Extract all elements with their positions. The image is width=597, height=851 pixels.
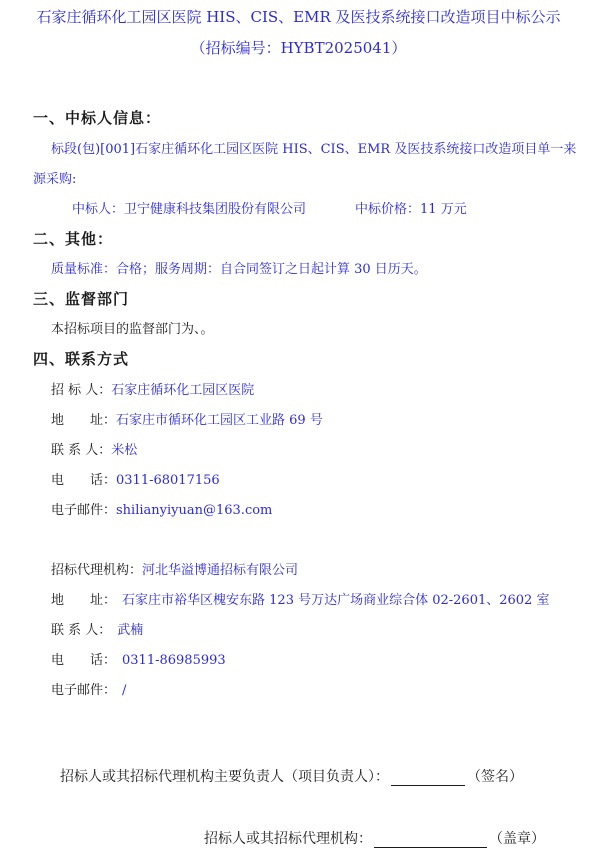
tenderer-contact: 联 系 人：米松: [51, 439, 137, 458]
section4-heading: 四、联系方式: [33, 348, 129, 369]
agency-address: 地 址：石家庄市裕华区槐安东路 123 号万达广场商业综合体 02-2601、2…: [51, 589, 549, 608]
value: 石家庄循环化工园区医院: [111, 383, 254, 398]
section2-heading: 二、其他：: [33, 228, 113, 249]
signature-line[interactable]: [391, 769, 465, 786]
seal-row: 招标人或其招标代理机构：（盖章）: [204, 828, 545, 848]
value: /: [122, 683, 126, 698]
section1-heading: 一、中标人信息：: [33, 107, 161, 128]
winner-value: 卫宁健康科技集团股份有限公司: [124, 202, 306, 217]
tenderer-phone: 电 话：0311-68017156: [51, 469, 220, 488]
tenderer-email: 电子邮件：shilianyiyuan@163.com: [51, 499, 272, 518]
seal-label: 招标人或其招标代理机构：: [204, 831, 372, 847]
lot-line2: 源采购:: [33, 168, 76, 187]
price-label: 中标价格：: [355, 202, 420, 217]
value: 石家庄市循环化工园区工业路 69 号: [116, 413, 323, 428]
label: 电 话：: [51, 473, 116, 488]
bid-number: （招标编号：HYBT2025041）: [0, 37, 597, 58]
agency-name: 招标代理机构：河北华溢博通招标有限公司: [51, 559, 298, 578]
agency-email: 电子邮件：/: [51, 679, 126, 698]
winner-label: 中标人：: [72, 202, 124, 217]
agency-contact: 联 系 人：武楠: [51, 619, 143, 638]
winner-row: 中标人：卫宁健康科技集团股份有限公司: [72, 198, 306, 217]
seal-line[interactable]: [374, 831, 487, 848]
label: 联 系 人：: [51, 443, 111, 458]
label: 联 系 人：: [51, 623, 111, 638]
tenderer-address: 地 址：石家庄市循环化工园区工业路 69 号: [51, 409, 323, 428]
title: 石家庄循环化工园区医院 HIS、CIS、EMR 及医技系统接口改造项目中标公示: [0, 6, 597, 27]
email-link[interactable]: shilianyiyuan@163.com: [116, 503, 272, 518]
tenderer-name: 招 标 人：石家庄循环化工园区医院: [51, 379, 254, 398]
value: 米松: [111, 443, 137, 458]
label: 电子邮件：: [51, 683, 116, 698]
value: 0311-86985993: [122, 653, 226, 668]
quality-text: 质量标准：合格；服务周期：自合同签订之日起计算 30 日历天。: [51, 258, 427, 277]
price-value: 11 万元: [420, 202, 467, 217]
label: 招标代理机构：: [51, 563, 142, 578]
price-row: 中标价格：11 万元: [355, 198, 467, 217]
label: 电 话：: [51, 653, 116, 668]
agency-phone: 电 话：0311-86985993: [51, 649, 226, 668]
value: 河北华溢博通招标有限公司: [142, 563, 298, 578]
responsible-label: 招标人或其招标代理机构主要负责人（项目负责人）：: [60, 769, 389, 785]
label: 地 址：: [51, 593, 116, 608]
value: 石家庄市裕华区槐安东路 123 号万达广场商业综合体 02-2601、2602 …: [122, 593, 549, 608]
signature-suffix: （签名）: [467, 769, 523, 785]
label: 地 址：: [51, 413, 116, 428]
value: 0311-68017156: [116, 473, 220, 488]
value: 武楠: [117, 623, 143, 638]
label: 电子邮件：: [51, 503, 116, 518]
label: 招 标 人：: [51, 383, 111, 398]
seal-suffix: （盖章）: [489, 831, 545, 847]
responsible-signature-row: 招标人或其招标代理机构主要负责人（项目负责人）：（签名）: [60, 766, 523, 786]
supervision-text: 本招标项目的监督部门为、。: [51, 318, 214, 337]
section3-heading: 三、监督部门: [33, 288, 129, 309]
lot-line1: 标段(包)[001]石家庄循环化工园区医院 HIS、CIS、EMR 及医技系统接…: [51, 138, 576, 157]
